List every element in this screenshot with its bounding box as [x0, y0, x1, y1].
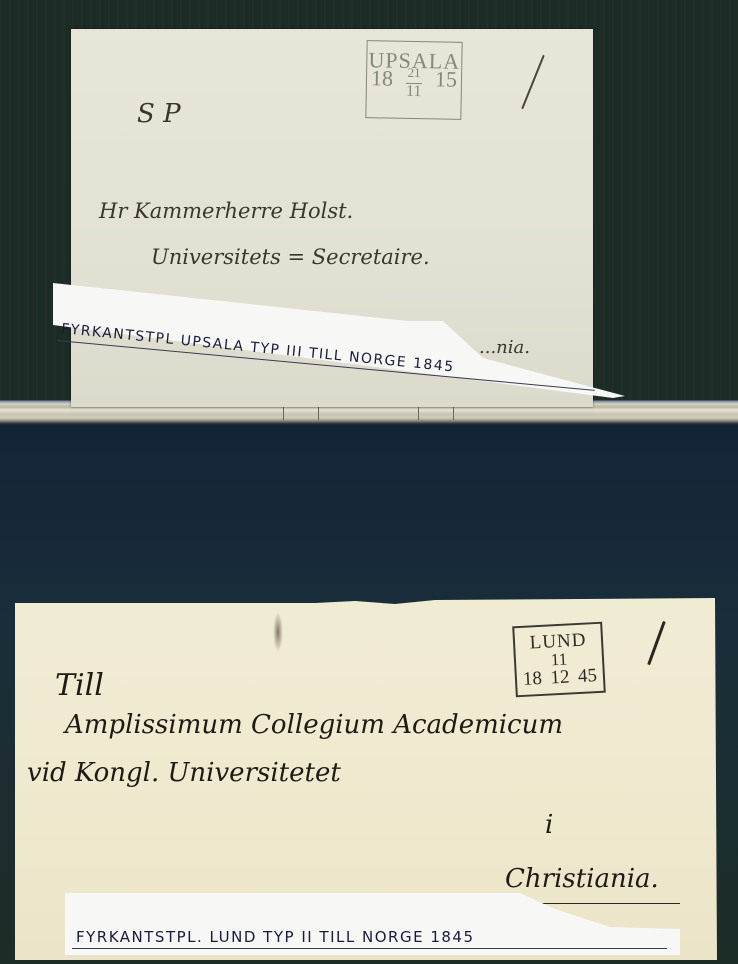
address-line-1: Hr Kammerherre Holst. [99, 199, 353, 223]
address-line-2: Amplissimum Collegium Academicum [65, 710, 563, 740]
postmark-year-right: 45 [577, 666, 597, 686]
strip-mark [283, 406, 284, 420]
postmark-year-left: 18 [522, 669, 542, 689]
strip-mark [418, 406, 419, 420]
postmark-upsala: UPSALA 18 21 11 15 [365, 40, 462, 120]
address-line-4: i [545, 810, 553, 840]
address-destination: Christiania. [505, 864, 659, 894]
label-text-lund: FYRKANTSTPL. LUND TYP II TILL NORGE 1845 [76, 928, 475, 946]
postmark-month: 12 [550, 667, 570, 687]
rate-mark [521, 55, 545, 110]
label-underline [72, 948, 667, 949]
address-line-1: Till [55, 668, 104, 703]
postmark-year-left: 18 [371, 67, 394, 99]
postmark-date: 18 21 11 15 [367, 67, 462, 101]
postmark-year-right: 15 [435, 68, 458, 100]
postmark-lund: LUND 11 18 12 45 [512, 622, 606, 698]
ink-smudge [273, 612, 283, 652]
rate-mark [647, 621, 665, 665]
strip-mark [453, 406, 454, 420]
address-destination-partial: ...nia. [479, 337, 530, 358]
postmark-month: 11 [406, 83, 422, 100]
postmark-date: 18 12 45 [517, 666, 604, 689]
postmark-day: 21 [406, 66, 422, 79]
address-line-3: vid Kongl. Universitetet [27, 758, 341, 788]
docket-mark: S P [137, 99, 181, 129]
address-line-2: Universitets = Secretaire. [151, 245, 430, 269]
strip-mark [318, 406, 319, 420]
